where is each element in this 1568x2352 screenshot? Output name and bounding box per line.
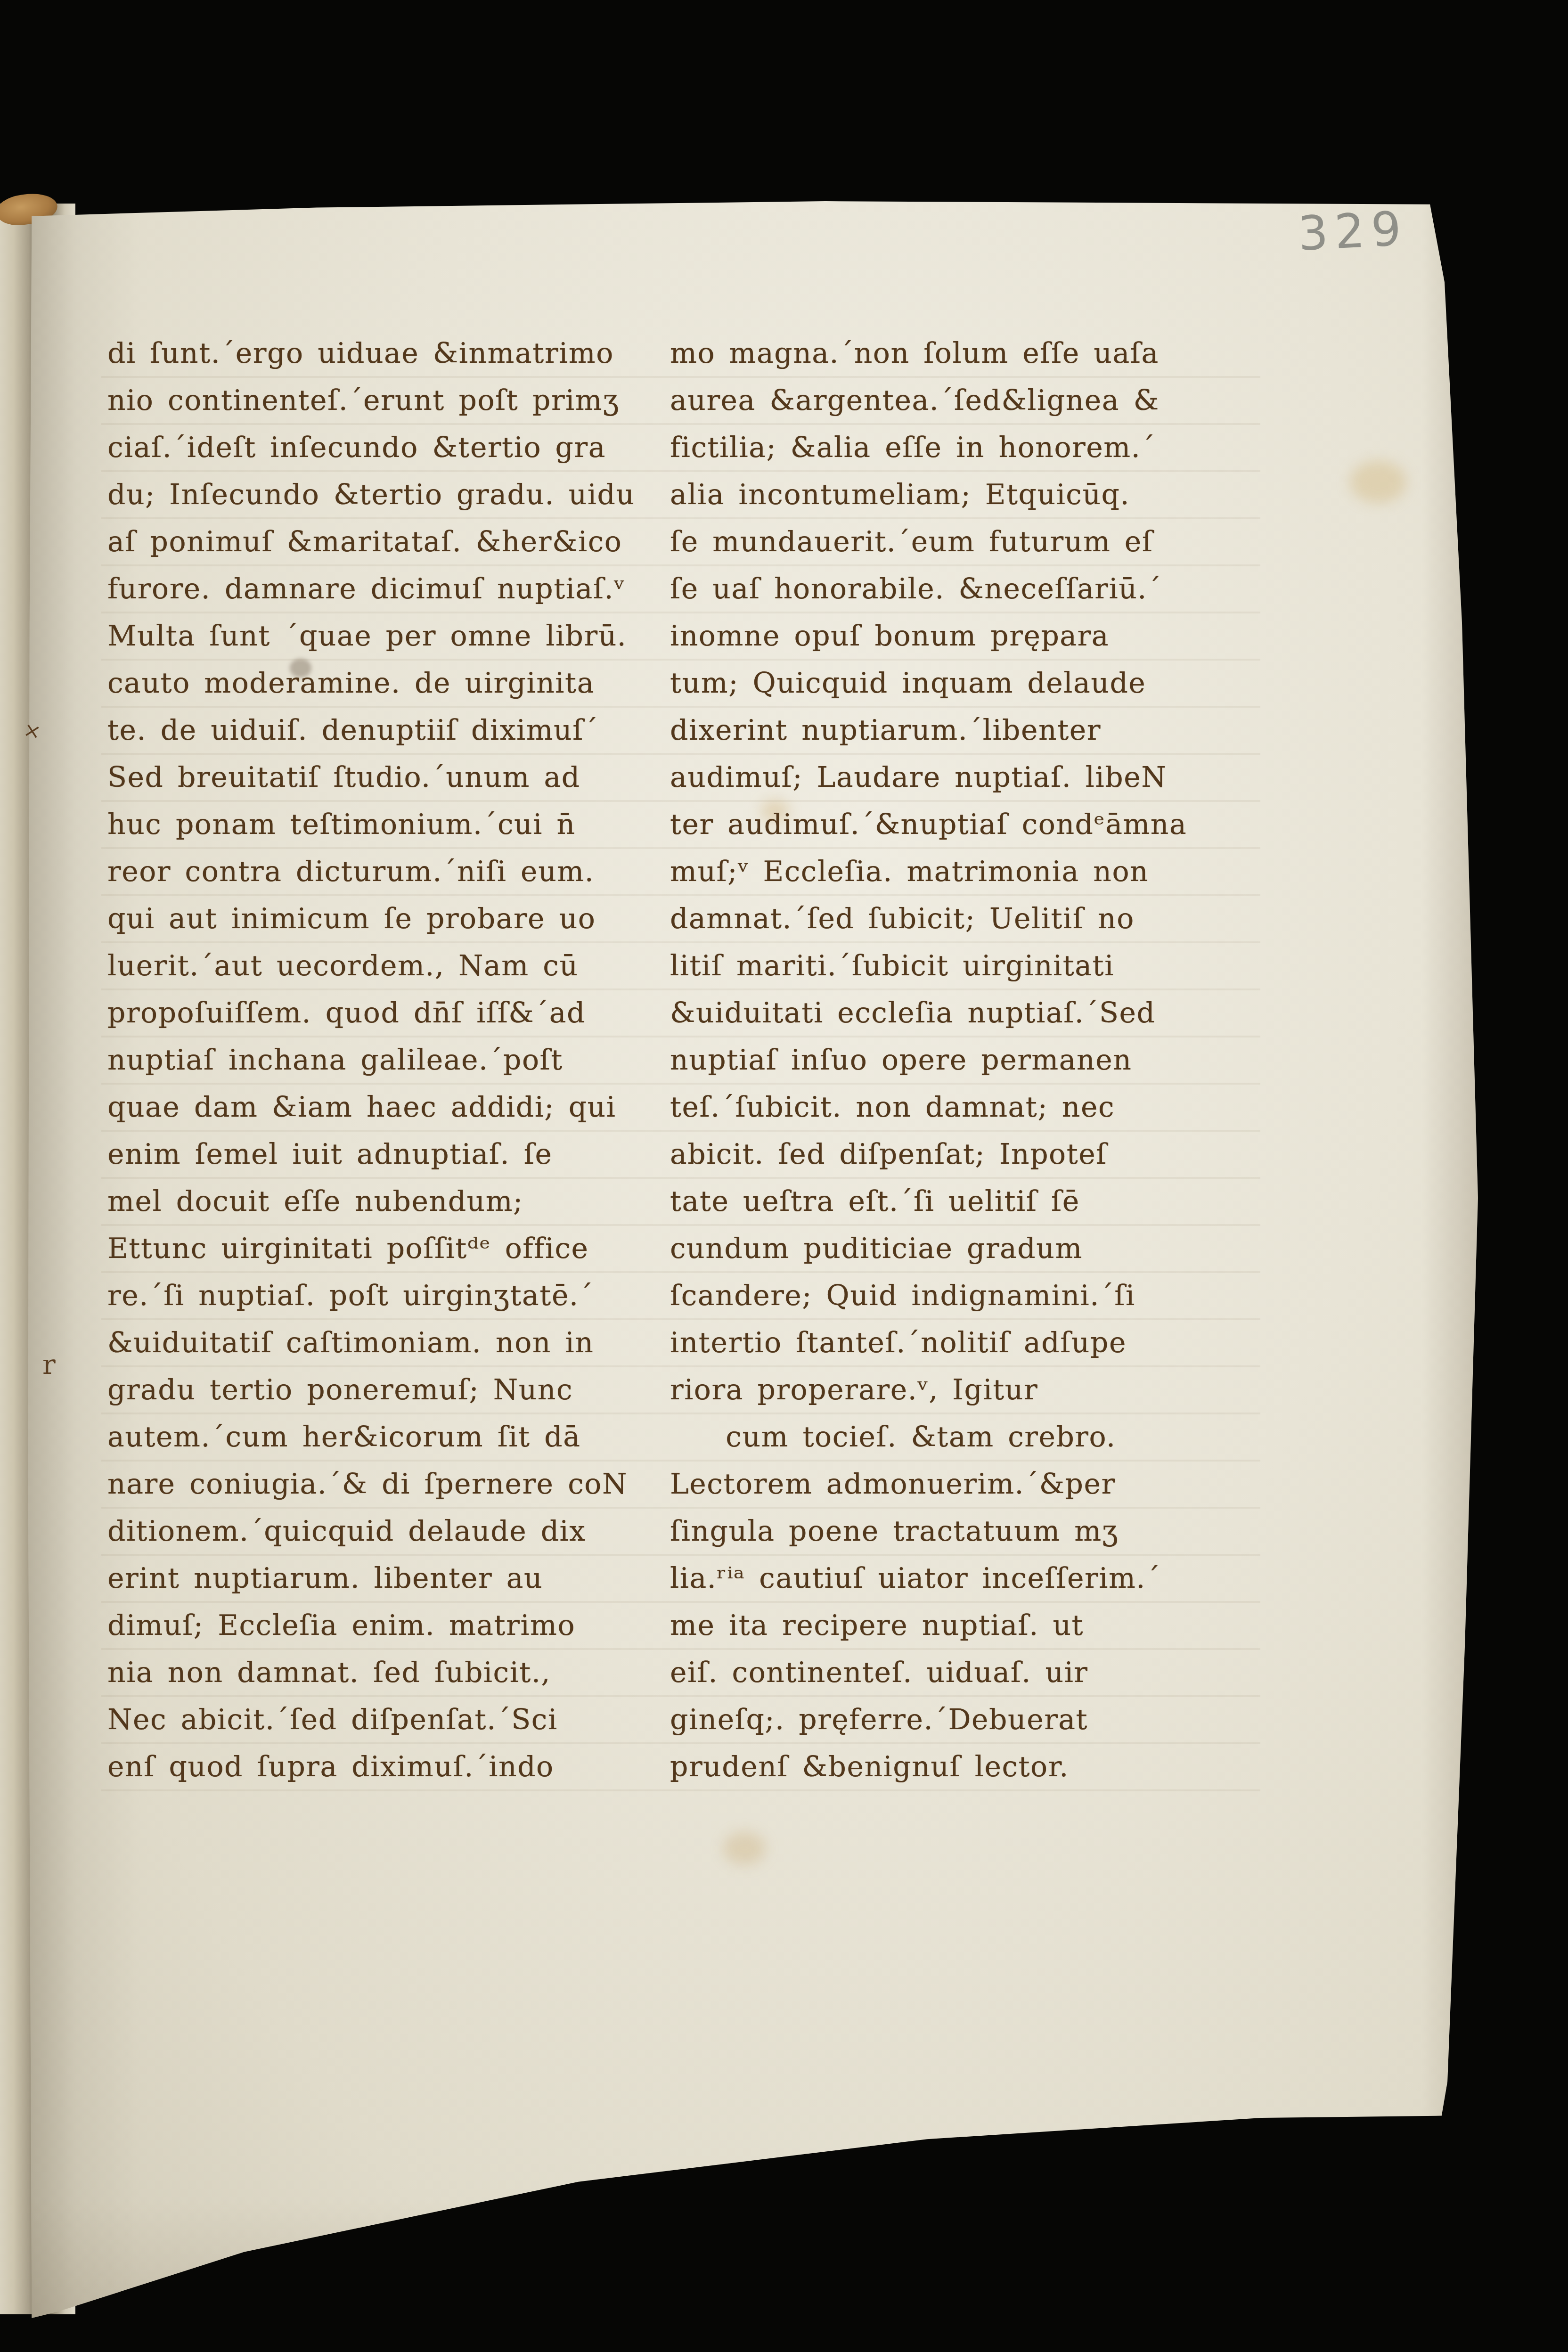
text-line: tum; Quicquid inquam delaude <box>670 660 1254 707</box>
text-line: ditionem.´quicquid delaude dix <box>107 1508 670 1555</box>
text-line: inomne opuſ bonum prępara <box>670 612 1254 660</box>
text-line: Ettunc uirginitati poſſitᵈᵉ office <box>107 1225 670 1272</box>
text-line: reor contra dicturum.´niſi eum. <box>107 848 670 895</box>
text-line: me ita recipere nuptiaſ. ut <box>670 1602 1254 1649</box>
text-line: nio continenteſ.´erunt poſt primʒ <box>107 377 670 424</box>
text-line: du; Inſecundo &tertio gradu. uidu <box>107 471 670 518</box>
text-line: gineſq;. pręferre.´Debuerat <box>670 1696 1254 1743</box>
text-line: cundum puditiciae gradum <box>670 1225 1254 1272</box>
text-line: ſingula poene tractatuum mʒ <box>670 1508 1254 1555</box>
text-line: alia incontumeliam; Etquicūq. <box>670 471 1254 518</box>
text-line: qui aut inimicum ſe probare uo <box>107 895 670 942</box>
text-line: erint nuptiarum. libenter au <box>107 1555 670 1602</box>
text-line: enim ſemel iuit adnuptiaſ. ſe <box>107 1131 670 1178</box>
text-line: &uiduitatiſ caſtimoniam. non in <box>107 1319 670 1366</box>
text-line: ter audimuſ.´&nuptiaſ condᵉāmna <box>670 801 1254 848</box>
text-line: autem.´cum her&icorum ſit dā <box>107 1413 670 1461</box>
text-line: abicit. ſed diſpenſat; Inpoteſ <box>670 1131 1254 1178</box>
text-line: nia non damnat. ſed ſubicit., <box>107 1649 670 1696</box>
text-line: eiſ. continenteſ. uiduaſ. uir <box>670 1649 1254 1696</box>
text-line: Sed breuitatiſ ſtudio.´unum ad <box>107 754 670 801</box>
text-line: aſ ponimuſ &maritataſ. &her&ico <box>107 518 670 565</box>
text-line: ſe uaſ honorabile. &neceſſariū.´ <box>670 565 1254 612</box>
text-line: fictilia; &alia eſſe in honorem.´ <box>670 424 1254 471</box>
text-line: ſe mundauerit.´eum futurum eſ <box>670 518 1254 565</box>
text-line: dimuſ; Eccleſia enim. matrimo <box>107 1602 670 1649</box>
text-line: aurea &argentea.´ſed&lignea & <box>670 377 1254 424</box>
text-line: Multa ſunt ´quae per omne librū. <box>107 612 670 660</box>
text-column-left: di ſunt.´ergo uiduae &inmatrimonio conti… <box>107 330 670 1790</box>
text-line: audimuſ; Laudare nuptiaſ. libeN <box>670 754 1254 801</box>
text-line: mel docuit eſſe nubendum; <box>107 1178 670 1225</box>
text-line: damnat.´ſed ſubicit; Uelitiſ no <box>670 895 1254 942</box>
text-line: intertio ſtanteſ.´nolitiſ adſupe <box>670 1319 1254 1366</box>
parchment-stain <box>723 1832 766 1865</box>
text-line: huc ponam teſtimonium.´cui n̄ <box>107 801 670 848</box>
text-line: Lectorem admonuerim.´&per <box>670 1461 1254 1508</box>
text-line: furore. damnare dicimuſ nuptiaſ.ᵛ <box>107 565 670 612</box>
text-line: litiſ mariti.´ſubicit uirginitati <box>670 942 1254 989</box>
text-line: di ſunt.´ergo uiduae &inmatrimo <box>107 330 670 377</box>
text-line: luerit.´aut uecordem., Nam cū <box>107 942 670 989</box>
margin-r-mark: r <box>42 1348 56 1380</box>
text-line: nare coniugia.´& di ſpernere coN <box>107 1461 670 1508</box>
text-line: lia.ʳⁱᵃ cautiuſ uiator inceſſerim.´ <box>670 1555 1254 1602</box>
text-line: mo magna.´non ſolum eſſe uaſa <box>670 330 1254 377</box>
text-line: ciaſ.´ideſt inſecundo &tertio gra <box>107 424 670 471</box>
text-line: cauto moderamine. de uirginita <box>107 660 670 707</box>
text-line: muſ;ᵛ Eccleſia. matrimonia non <box>670 848 1254 895</box>
text-line: quae dam &iam haec addidi; qui <box>107 1084 670 1131</box>
text-line: nuptiaſ inſuo opere permanen <box>670 1037 1254 1084</box>
text-line: dixerint nuptiarum.´libenter <box>670 707 1254 754</box>
folio-number: 329 <box>1297 201 1409 261</box>
text-line: propoſuiſſem. quod dn̄ſ iſſ&´ad <box>107 989 670 1037</box>
text-line: te. de uiduiſ. denuptiiſ diximuſ´ <box>107 707 670 754</box>
parchment-stain <box>1350 461 1406 503</box>
text-line: prudenſ &benignuſ lector. <box>670 1743 1254 1790</box>
text-line: cum tocieſ. &tam crebro. <box>670 1413 1254 1461</box>
text-line: Nec abicit.´ſed diſpenſat.´Sci <box>107 1696 670 1743</box>
text-line: enſ quod ſupra diximuſ.´indo <box>107 1743 670 1790</box>
text-line: &uiduitati eccleſia nuptiaſ.´Sed <box>670 989 1254 1037</box>
text-line: re.´ſi nuptiaſ. poſt uirginʒtatē.´ <box>107 1272 670 1319</box>
text-line: teſ.´ſubicit. non damnat; nec <box>670 1084 1254 1131</box>
text-line: tate ueſtra eſt.´ſi uelitiſ ſē <box>670 1178 1254 1225</box>
manuscript-photo: { "page": { "folio_number": "329", "colo… <box>0 0 1568 2352</box>
text-line: nuptiaſ inchana galileae.´poſt <box>107 1037 670 1084</box>
text-line: gradu tertio poneremuſ; Nunc <box>107 1366 670 1413</box>
text-column-right: mo magna.´non ſolum eſſe uaſaaurea &arge… <box>670 330 1254 1790</box>
text-line: riora properare.ᵛ, Igitur <box>670 1366 1254 1413</box>
text-line: ſcandere; Quid indignamini.´ſi <box>670 1272 1254 1319</box>
